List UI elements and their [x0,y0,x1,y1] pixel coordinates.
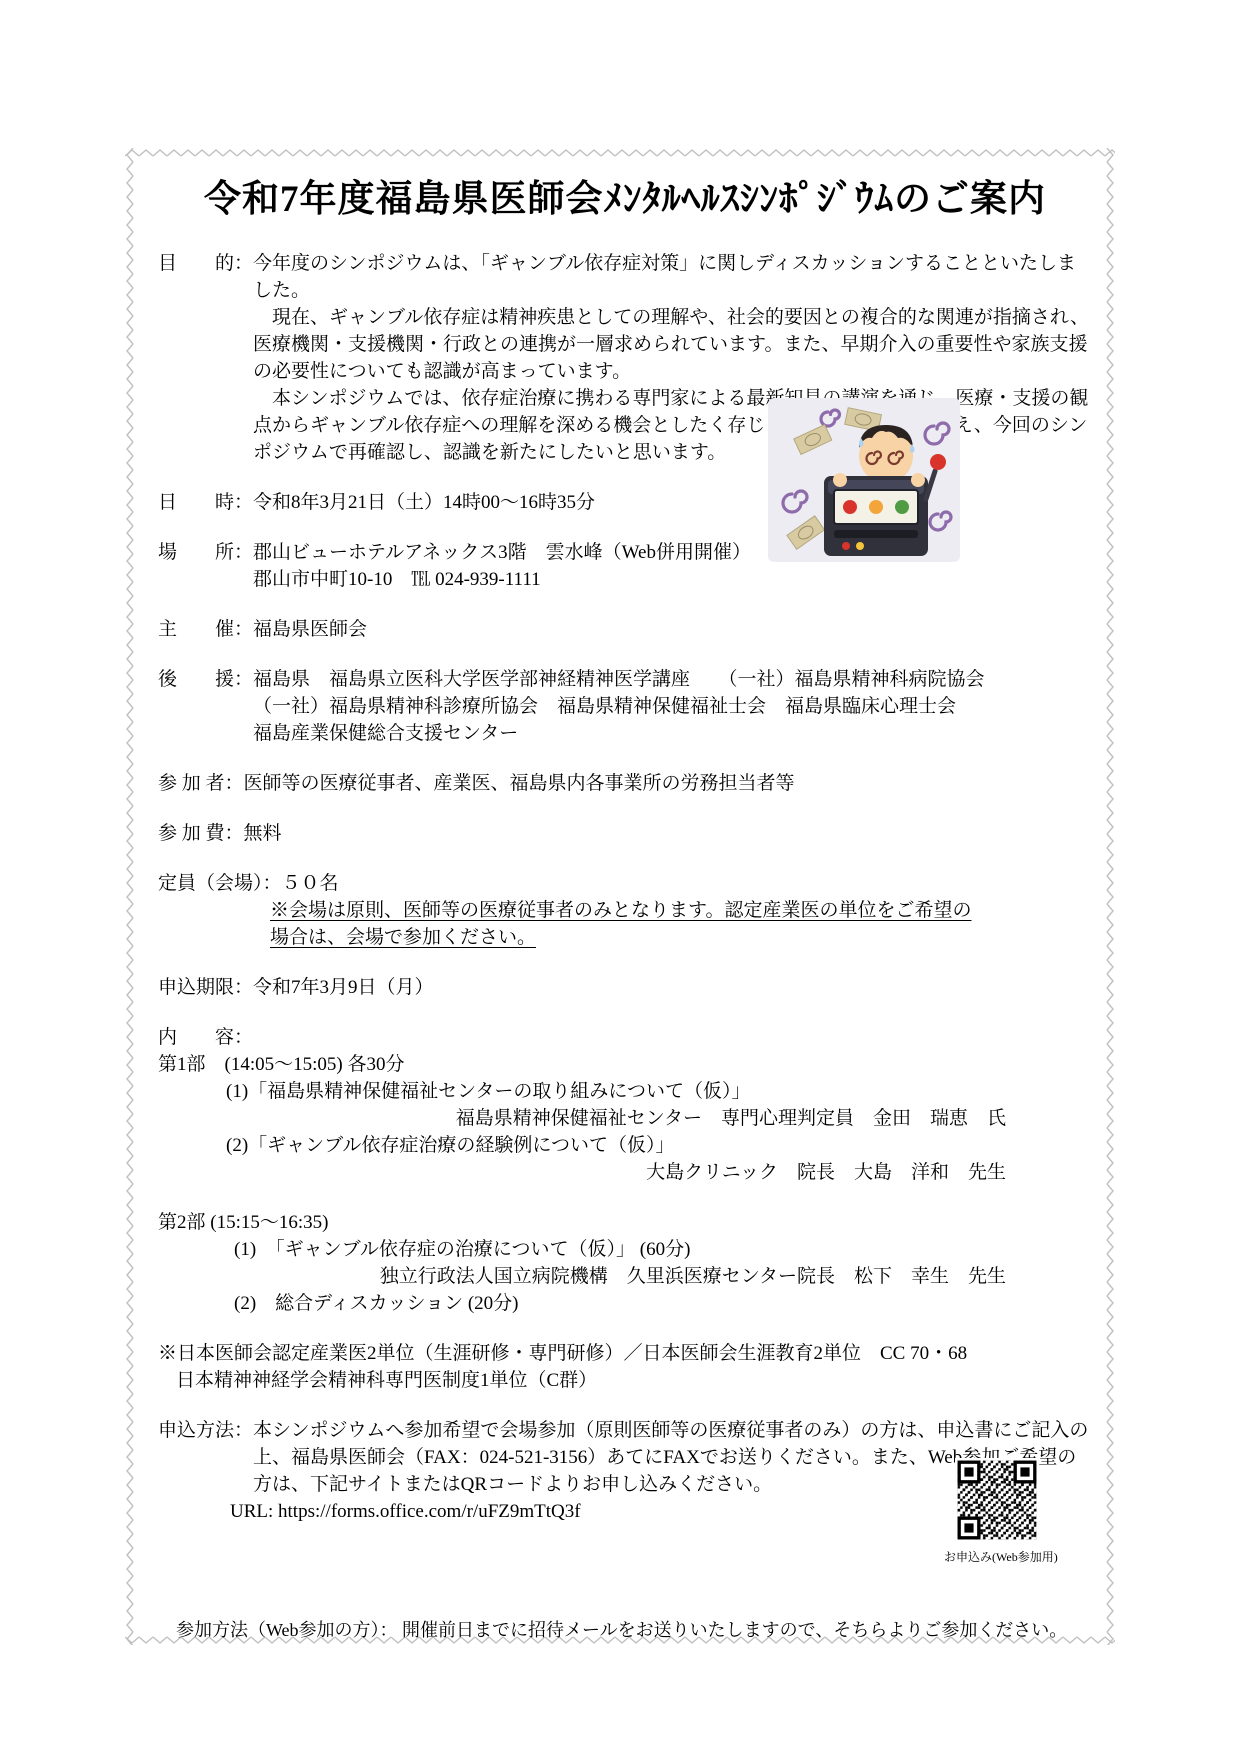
qr-code-icon[interactable] [955,1458,1039,1542]
credit-units-line: ※日本医師会認定産業医2単位（生涯研修・専門研修）／日本医師会生涯教育2単位 C… [158,1340,1092,1367]
url-label: URL: [230,1501,273,1522]
program-part1-title: 第1部 (14:05～15:05) 各30分 [158,1051,1092,1078]
participants-label: 参 加 者： [158,770,244,797]
deadline-label: 申込期限： [158,974,253,1001]
venue-body: 郡山ビューホテルアネックス3階 雲水峰（Web併用開催） 郡山市中町10-10 … [253,539,1092,593]
supporters-line: （一社）福島県精神科診療所協会 福島県精神保健福祉士会 福島県臨床心理士会 [253,693,1092,720]
page-title: 令和7年度福島県医師会ﾒﾝﾀﾙﾍﾙｽｼﾝﾎﾟｼﾞｳﾑのご案内 [158,176,1092,224]
web-join-instructions: 参加方法（Web参加の方）： 開催前日までに招待メールをお送りいたしますので、そ… [158,1617,1092,1644]
program-part1-item1: (1)「福島県精神保健福祉センターの取り組みについて（仮）」 [158,1078,1092,1105]
purpose-body: 今年度のシンポジウムは、「ギャンブル依存症対策」に関しディスカッションすることと… [253,250,1092,466]
datetime-value: 令和8年3月21日（土）14時00～16時35分 [253,489,1092,516]
deadline-value: 令和7年3月9日（月） [253,974,1092,1001]
qr-block: お申込み(Web参加用) [944,1458,1050,1565]
supporters-label: 後 援： [158,666,253,747]
section-supporters: 後 援： 福島県 福島県立医科大学医学部神経精神医学講座 （一社）福島県精神科病… [158,666,1092,747]
credit-units: ※日本医師会認定産業医2単位（生涯研修・専門研修）／日本医師会生涯教育2単位 C… [158,1340,1092,1394]
program-label: 内 容： [158,1024,253,1051]
gambling-illustration-graphic [768,398,960,562]
venue-line: 郡山ビューホテルアネックス3階 雲水峰（Web併用開催） [253,539,1092,566]
purpose-paragraph: 現在、ギャンブル依存症は精神疾患としての理解や、社会的要因との複合的な関連が指摘… [253,304,1092,385]
section-program: 内 容： [158,1024,1092,1051]
participants-value: 医師等の医療従事者、産業医、福島県内各事業所の労務担当者等 [244,770,1092,797]
fee-label: 参 加 費： [158,820,244,847]
organizer-label: 主 催： [158,616,253,643]
purpose-paragraph: 本シンポジウムでは、依存症治療に携わる専門家による最新知見の講演を通じ、医療・支… [253,385,1092,466]
capacity-note: ※会場は原則、医師等の医療従事者のみとなります。認定産業医の単位をご希望の場合は… [270,897,978,951]
application-label: 申込方法： [158,1417,253,1498]
program-part2-speaker1: 独立行政法人国立病院機構 久里浜医療センター院長 松下 幸生 先生 [158,1263,1092,1290]
gambling-slot-machine-illustration [768,398,960,562]
purpose-paragraph: 今年度のシンポジウムは、「ギャンブル依存症対策」に関しディスカッションすることと… [253,250,1092,304]
program-part2-title: 第2部 (15:15～16:35) [158,1209,1092,1236]
section-fee: 参 加 費： 無料 [158,820,1092,847]
program-part2: 第2部 (15:15～16:35) (1) 「ギャンブル依存症の治療について（仮… [158,1209,1092,1317]
capacity-label: 定員（会場）： [158,870,282,897]
supporters-line: 福島産業保健総合支援センター [253,720,1092,747]
program-part2-item1: (1) 「ギャンブル依存症の治療について（仮）」 (60分) [158,1236,1092,1263]
organizer-value: 福島県医師会 [253,616,1092,643]
credit-units-line: 日本精神神経学会精神科専門医制度1単位（C群） [158,1367,1092,1394]
fee-value: 無料 [244,820,1092,847]
zigzag-border-top [125,148,1115,158]
section-participants: 参 加 者： 医師等の医療従事者、産業医、福島県内各事業所の労務担当者等 [158,770,1092,797]
venue-address: 郡山市中町10-10 ℡ 024-939-1111 [253,566,1092,593]
section-organizer: 主 催： 福島県医師会 [158,616,1092,643]
program-part1-speaker2: 大島クリニック 院長 大島 洋和 先生 [158,1159,1092,1186]
application-url-link[interactable]: https://forms.office.com/r/uFZ9mTtQ3f [278,1501,581,1522]
program-part2-item2: (2) 総合ディスカッション (20分) [158,1290,1092,1317]
venue-label: 場 所： [158,539,253,593]
section-deadline: 申込期限： 令和7年3月9日（月） [158,974,1092,1001]
program-part1-item2: (2)「ギャンブル依存症治療の経験例について（仮）」 [158,1132,1092,1159]
flyer-page: 令和7年度福島県医師会ﾒﾝﾀﾙﾍﾙｽｼﾝﾎﾟｼﾞｳﾑのご案内 目 的： 今年度の… [0,0,1240,1755]
program-part1: 第1部 (14:05～15:05) 各30分 (1)「福島県精神保健福祉センター… [158,1051,1092,1186]
capacity-value: ５０名 [282,870,1092,897]
datetime-label: 日 時： [158,489,253,516]
program-part1-speaker1: 福島県精神保健福祉センター 専門心理判定員 金田 瑞恵 氏 [158,1105,1092,1132]
supporters-line: 福島県 福島県立医科大学医学部神経精神医学講座 （一社）福島県精神科病院協会 [253,666,1092,693]
purpose-label: 目 的： [158,250,253,466]
zigzag-border-left [125,148,135,1645]
qr-caption: お申込み(Web参加用) [944,1549,1050,1565]
section-capacity: 定員（会場）： ５０名 [158,870,1092,897]
supporters-body: 福島県 福島県立医科大学医学部神経精神医学講座 （一社）福島県精神科病院協会 （… [253,666,1092,747]
zigzag-border-right [1105,148,1115,1645]
flyer-content: 令和7年度福島県医師会ﾒﾝﾀﾙﾍﾙｽｼﾝﾎﾟｼﾞｳﾑのご案内 目 的： 今年度の… [158,168,1092,1644]
